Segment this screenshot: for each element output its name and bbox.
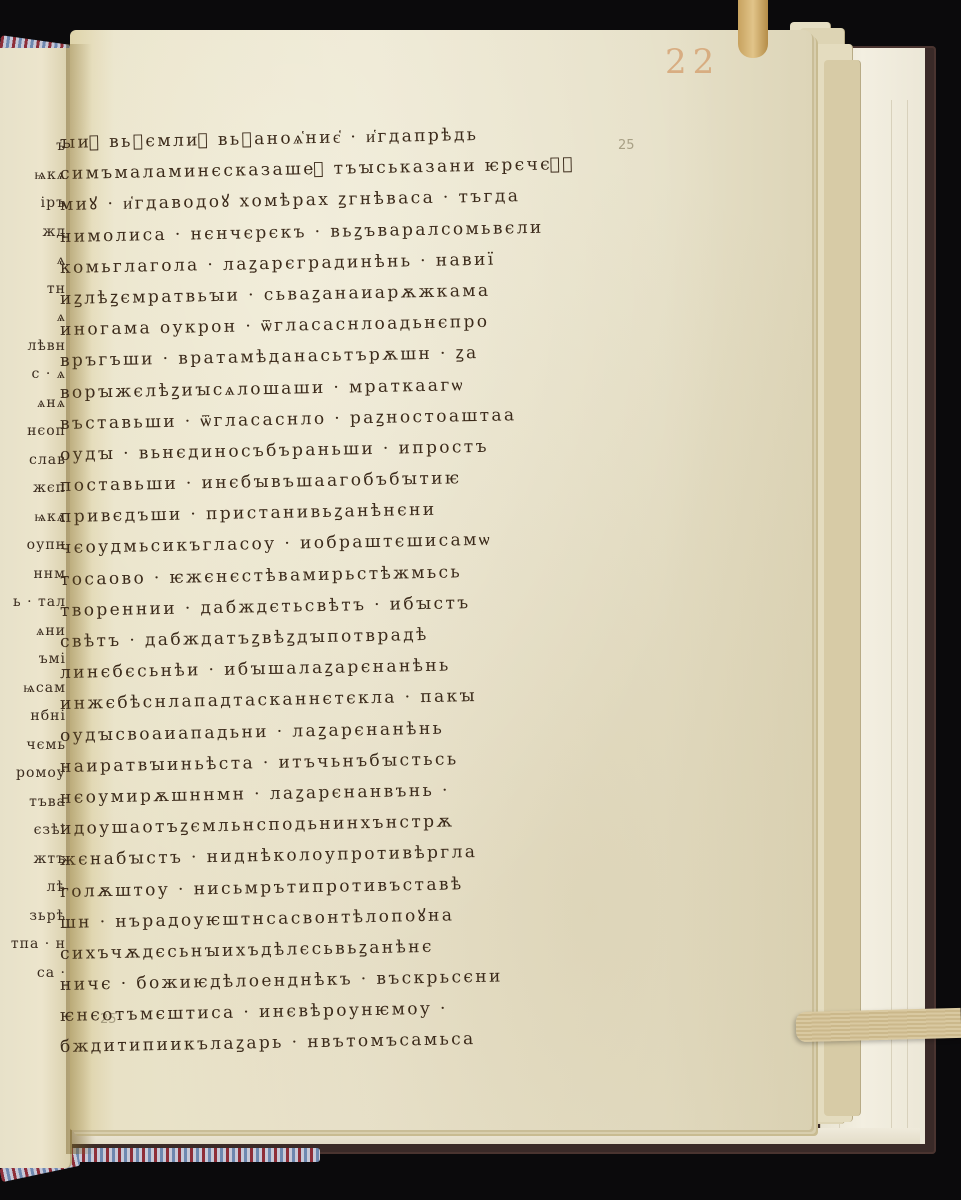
leaf-edge-line <box>891 100 892 1130</box>
left-page-fragment: жєп <box>2 480 66 496</box>
left-page-fragment: са · <box>2 965 66 981</box>
left-page-fragment: нбні <box>2 708 66 724</box>
bookmark-stick-top <box>738 0 768 58</box>
leaf-stack-edge <box>824 60 861 1116</box>
left-page-fragment: зьрѣ <box>2 908 66 924</box>
left-page-fragment: слав <box>2 452 66 468</box>
left-page-fragment: тпа · н <box>2 936 66 952</box>
left-page-fragment: ѧнѧ <box>2 395 66 412</box>
left-page-fragment: ѧ <box>2 252 66 269</box>
left-page-fragment: ромоу <box>2 765 66 781</box>
left-page-fragment: ѧни <box>2 623 66 640</box>
folio-number: 22 <box>665 42 720 82</box>
left-page-fragment: оупн <box>2 537 66 553</box>
gutter-shadow-overlay <box>70 44 92 1154</box>
left-page-fragment: чємь <box>2 737 66 753</box>
bookmark-stick-bottom <box>796 1008 961 1042</box>
headband-bottom <box>70 1148 320 1162</box>
left-page-fragment: ь · тал <box>2 594 66 610</box>
paper-backing-bottom <box>70 1128 920 1144</box>
left-page-fragment: тъва <box>2 794 66 810</box>
manuscript-scene: ъѩкѧіръждѧтнѧлѣвнс · ѧѧнѧнєопславжєпѩкѧо… <box>0 0 961 1200</box>
left-page-fragment: ѩкѧ <box>2 167 66 184</box>
left-page-fragment: ѩкѧ <box>2 509 66 526</box>
left-page-fragment: ѧ <box>2 309 66 326</box>
left-page-fragment: жд <box>2 224 66 240</box>
leaf-edge-line <box>907 100 908 1130</box>
left-page-fragment: ъ <box>2 138 66 154</box>
right-page-leaf: 22 25 25 ꙑиⷼ вьꙁємлиⷬ вьꙁаноѧ҅ниє҅ · и҅г… <box>70 30 812 1130</box>
left-page-fragment: єзѣі <box>2 822 66 838</box>
left-page-fragment: іръ <box>2 195 66 211</box>
left-page-fragment: с · ѧ <box>2 366 66 383</box>
manuscript-text-block: ꙑиⷼ вьꙁємлиⷬ вьꙁаноѧ҅ниє҅ · и҅гдапрѣдьси… <box>60 128 680 1064</box>
left-page-fragment: жтъ <box>2 851 66 867</box>
left-page-fragment: нєоп <box>2 423 66 439</box>
left-page-fragment: ѩсам <box>2 680 66 697</box>
left-page-fragment: лѣвн <box>2 338 66 354</box>
left-page-fragment: лѣ <box>2 879 66 895</box>
left-page-fragment: ъмі <box>2 651 66 667</box>
left-page-fragment: тн <box>2 281 66 297</box>
left-page-fragment: ннм <box>2 566 66 582</box>
